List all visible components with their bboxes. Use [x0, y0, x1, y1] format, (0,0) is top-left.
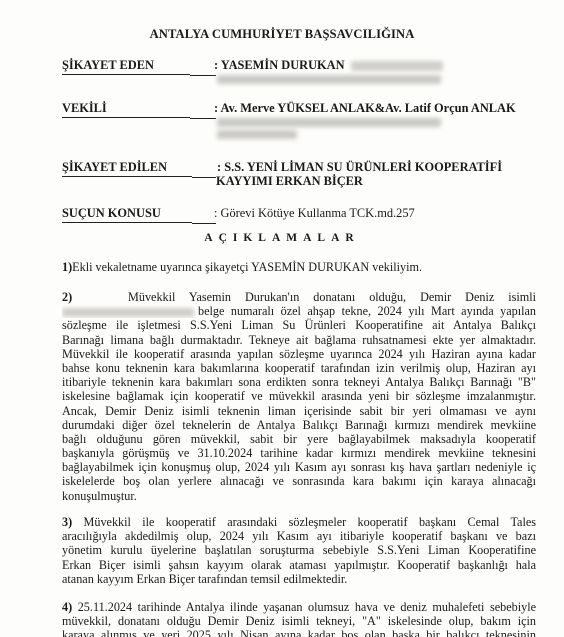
- paragraph-line: bağlı olduğunu gören müvekkil, sabit bir…: [62, 432, 536, 446]
- document-title: ANTALYA CUMHURİYET BAŞSAVCILIĞINA: [0, 27, 564, 42]
- label-underline-ext: [190, 75, 216, 76]
- paragraph-line: iskelesine bağlamak için kooperatif ve m…: [62, 389, 536, 403]
- redacted-address: [217, 118, 441, 127]
- section-title: AÇIKLAMALAR: [0, 232, 564, 244]
- paragraph-line: belge numaralı özel ahşap tekne, 2024 yı…: [62, 304, 536, 318]
- paragraph-line: Müvekkil ile kooperatif arasında yapılan…: [62, 347, 536, 361]
- paragraph-text: Ekli vekaletname uyarınca şikayetçi YASE…: [72, 260, 422, 274]
- paragraph-line: bağlayabilmek için konuşmuş olup, 2024 y…: [62, 460, 536, 474]
- label-underline: [62, 222, 192, 223]
- accused-label: ŞİKAYET EDİLEN: [62, 160, 167, 175]
- label-underline: [62, 176, 192, 177]
- paragraph-line: Ancak, Demir Deniz isimli teknenin liman…: [62, 404, 536, 418]
- paragraph-line: sözleşme ile işletmesi S.S.Yeni Liman Su…: [62, 318, 536, 332]
- paragraph-line: Barınağı limana bağlı durmaktadır. Tekne…: [62, 333, 536, 347]
- document-page: ANTALYA CUMHURİYET BAŞSAVCILIĞINA ŞİKAYE…: [0, 0, 564, 637]
- paragraph-number: 2): [62, 290, 72, 304]
- paragraph-line: aracılığıyla akdedilmiş olup, 2024 yılı …: [62, 529, 536, 543]
- paragraph-line: 4) 25.11.2024 tarihinde Antalya ilinde y…: [62, 600, 536, 614]
- redacted-id: [351, 61, 443, 71]
- label-underline-ext: [190, 118, 216, 119]
- paragraph-line: başkanıyla görüşmüş ve 31.10.2024 tarihi…: [62, 446, 536, 460]
- redacted-document-number: [62, 308, 194, 317]
- redacted-address: [217, 75, 441, 84]
- paragraph-line: durumdaki diğer özel teknelerin de Antal…: [62, 418, 536, 432]
- paragraph-line: 2) Müvekkil Yasemin Durukan'ın donatanı …: [62, 290, 536, 304]
- paragraph-number: 4): [62, 600, 72, 614]
- accused-name-line2: KAYYIMI ERKAN BİÇER: [216, 174, 363, 189]
- paragraph-1: 1)Ekli vekaletname uyarınca şikayetçi YA…: [62, 260, 422, 275]
- attorney-label: VEKİLİ: [62, 101, 107, 116]
- paragraph-line: konuşulmuştur.: [62, 489, 536, 503]
- complainant-name: : YASEMİN DURUKAN: [214, 58, 443, 73]
- redacted-address-2: [217, 130, 297, 139]
- paragraph-line: müvekkil, donatanı olduğu Demir Deniz is…: [62, 614, 536, 628]
- label-underline-ext: [192, 223, 216, 224]
- label-underline: [62, 117, 190, 118]
- paragraph-number: 3): [62, 515, 72, 529]
- subject-label: SUÇUN KONUSU: [62, 206, 161, 221]
- paragraph-line: 3) Müvekkil ile kooperatif arasındaki sö…: [62, 515, 536, 529]
- paragraph-line: Erkan Biçer isimli şahsın kayyım olarak …: [62, 558, 536, 572]
- paragraph-3: 3) Müvekkil ile kooperatif arasındaki sö…: [62, 515, 536, 586]
- paragraph-line: yönetim kurulu üyelerine başlatılan soru…: [62, 543, 536, 557]
- paragraph-number: 1): [62, 260, 72, 274]
- accused-name-line1: : S.S. YENİ LİMAN SU ÜRÜNLERİ KOOPERATİF…: [217, 160, 502, 175]
- attorney-names: : Av. Merve YÜKSEL ANLAK&Av. Latif Orçun…: [214, 101, 516, 116]
- subject-value: : Görevi Kötüye Kullanma TCK.md.257: [214, 206, 415, 221]
- paragraph-2: 2) Müvekkil Yasemin Durukan'ın donatanı …: [62, 290, 536, 503]
- paragraph-4: 4) 25.11.2024 tarihinde Antalya ilinde y…: [62, 600, 536, 637]
- paragraph-line: bahse konu teknenin kara bakımlarına koo…: [62, 361, 536, 375]
- paragraph-line: karaya alınmış ve yeri 2025 yılı Nisan a…: [62, 628, 536, 637]
- complainant-label: ŞİKAYET EDEN: [62, 58, 154, 73]
- label-underline: [62, 74, 190, 75]
- label-underline-ext: [192, 177, 216, 178]
- paragraph-line: atanan kayyım Erkan Biçer tarafından tem…: [62, 572, 536, 586]
- paragraph-line: iskelelerde boş olan yerlere alınacağı v…: [62, 474, 536, 488]
- paragraph-line: itibariyle teknenin kara bakımları sona …: [62, 375, 536, 389]
